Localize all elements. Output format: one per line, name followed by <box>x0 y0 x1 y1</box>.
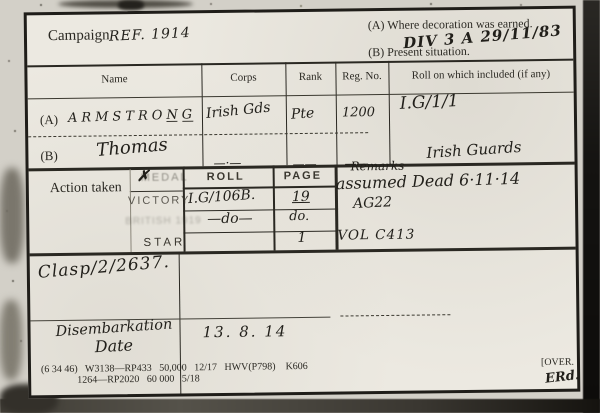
medal-box-header-line <box>183 186 338 190</box>
row-a-roll-handwritten: I.G/1/1 <box>399 91 459 114</box>
row-b-name-handwritten: Thomas <box>96 134 169 161</box>
remarks-line2-handwritten: AG22 <box>353 194 393 212</box>
victory-roll-handwritten: I.G/106B. <box>187 187 255 207</box>
header-rank: Rank <box>285 71 335 84</box>
header-name: Name <box>27 72 201 86</box>
victory-medal-stamp: VICTORY <box>128 194 191 207</box>
footer-over-label: [OVER. <box>541 357 574 368</box>
star-page-handwritten: 1 <box>297 230 306 246</box>
divider-under-headers <box>28 92 574 100</box>
campaign-label: Campaign <box>48 27 110 45</box>
header-roll: Roll on which included (if any) <box>388 68 573 82</box>
star-medal-stamp: STAR <box>143 236 185 249</box>
scan-smudge-top-dark <box>118 0 144 10</box>
campaign-value-handwritten: REF. 1914 <box>109 25 191 45</box>
remarks-line1-handwritten: assumed Dead 6·11·14 <box>336 169 521 193</box>
footer-print-code-line2: 1264—RP2020 60 000 5/18 <box>77 373 200 385</box>
medal-index-card: Campaign REF. 1914 (A) Where decoration … <box>24 6 581 399</box>
disembarkation-date-handwritten: 13. 8. 14 <box>202 322 287 341</box>
row-a-name-dash: — — <box>166 113 194 127</box>
divider-top-section <box>27 59 573 68</box>
note-b-label: (B) Present situation. <box>368 44 470 60</box>
action-taken-label: Action taken <box>50 180 122 197</box>
row-b-prefix: (B) <box>40 148 58 164</box>
header-corps: Corps <box>201 71 285 84</box>
page-column-header-stamp: PAGE <box>284 170 323 182</box>
british-roll-ditto-handwritten: —do— <box>207 211 253 228</box>
header-regno: Reg. No. <box>335 70 388 83</box>
scan-edge-bottom <box>0 399 600 413</box>
row-a-prefix: (A) <box>40 112 58 128</box>
scanned-medal-card-page: Campaign REF. 1914 (A) Where decoration … <box>0 0 600 413</box>
scan-edge-right <box>583 0 600 413</box>
row-a-regno-handwritten: 1200 <box>342 105 375 120</box>
row-b-roll-handwritten: Irish Guards <box>426 138 522 162</box>
divider-row-a-b <box>28 132 368 138</box>
disembarkation-label-line2: Date <box>94 335 133 356</box>
remarks-label-handwritten: Remarks <box>350 159 404 174</box>
footer-initials-handwritten: ERd. <box>544 368 580 387</box>
scan-blob-left-2 <box>0 300 22 380</box>
divider-action-bottom <box>30 247 576 257</box>
roll-column-header-stamp: ROLL <box>207 171 245 183</box>
medal-box-row2-line <box>183 231 338 234</box>
british-page-ditto-handwritten: do. <box>289 209 309 224</box>
row-a-rank-handwritten: Pte <box>290 105 314 122</box>
medal-header-cross-mark: ✗ <box>137 167 150 185</box>
victory-page-handwritten: 19 <box>292 189 310 205</box>
clasp-handwritten: Clasp/2/2637. <box>37 252 170 283</box>
disembark-top-line-dashed <box>340 314 450 317</box>
action-taken-dash <box>130 190 183 192</box>
british-medal-stamp-faint: BRITISH 1919 <box>125 215 202 227</box>
medal-col-left-faint-line <box>130 169 132 252</box>
scan-speckles <box>0 0 2 2</box>
scan-smudge-top <box>58 0 193 8</box>
remarks-line3-handwritten: VOL C413 <box>337 227 415 244</box>
medal-box-mid-line <box>273 165 276 250</box>
row-a-corps-handwritten: Irish Gds <box>205 100 271 122</box>
scan-blob-left-1 <box>0 168 24 263</box>
